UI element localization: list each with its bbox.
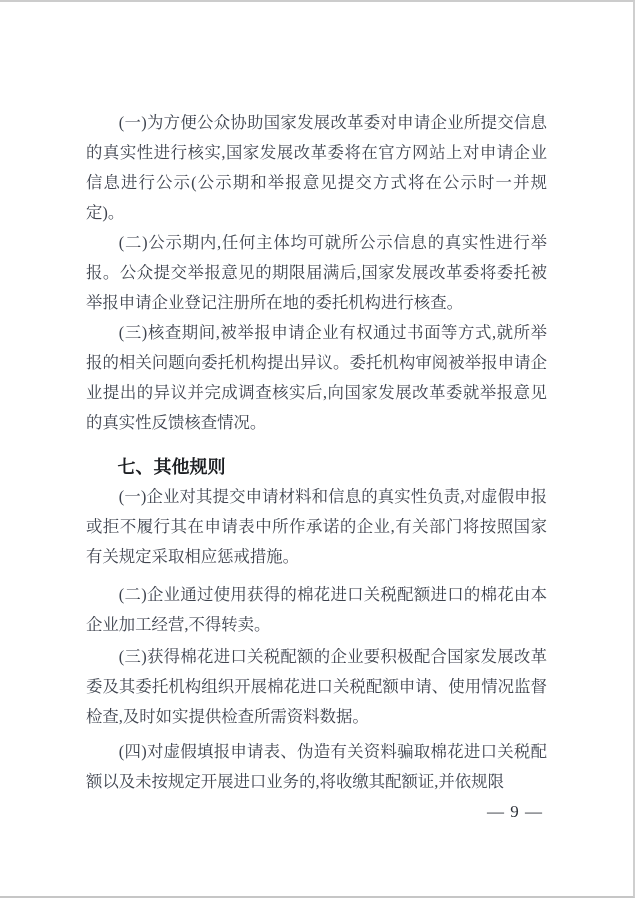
section-heading-other-rules: 七、其他规则 [86,452,547,482]
paragraph-rule-2: (二)企业通过使用获得的棉花进口关税配额进口的棉花由本企业加工经营,不得转卖。 [86,580,547,640]
document-page: (一)为方便公众协助国家发展改革委对申请企业所提交信息的真实性进行核实,国家发展… [0,0,635,898]
page-number: — 9 — [487,801,543,823]
paragraph-intro-2: (二)公示期内,任何主体均可就所公示信息的真实性进行举报。公众提交举报意见的期限… [86,228,547,318]
paragraph-rule-3: (三)获得棉花进口关税配额的企业要积极配合国家发展改革委及其委托机构组织开展棉花… [86,642,547,732]
document-body: (一)为方便公众协助国家发展改革委对申请企业所提交信息的真实性进行核实,国家发展… [86,108,547,797]
paragraph-rule-1: (一)企业对其提交申请材料和信息的真实性负责,对虚假申报或拒不履行其在申请表中所… [86,482,547,572]
paragraph-intro-3: (三)核查期间,被举报申请企业有权通过书面等方式,就所举报的相关问题向委托机构提… [86,318,547,438]
paragraph-rule-4: (四)对虚假填报申请表、伪造有关资料骗取棉花进口关税配额以及未按规定开展进口业务… [86,737,547,797]
paragraph-intro-1: (一)为方便公众协助国家发展改革委对申请企业所提交信息的真实性进行核实,国家发展… [86,108,547,228]
